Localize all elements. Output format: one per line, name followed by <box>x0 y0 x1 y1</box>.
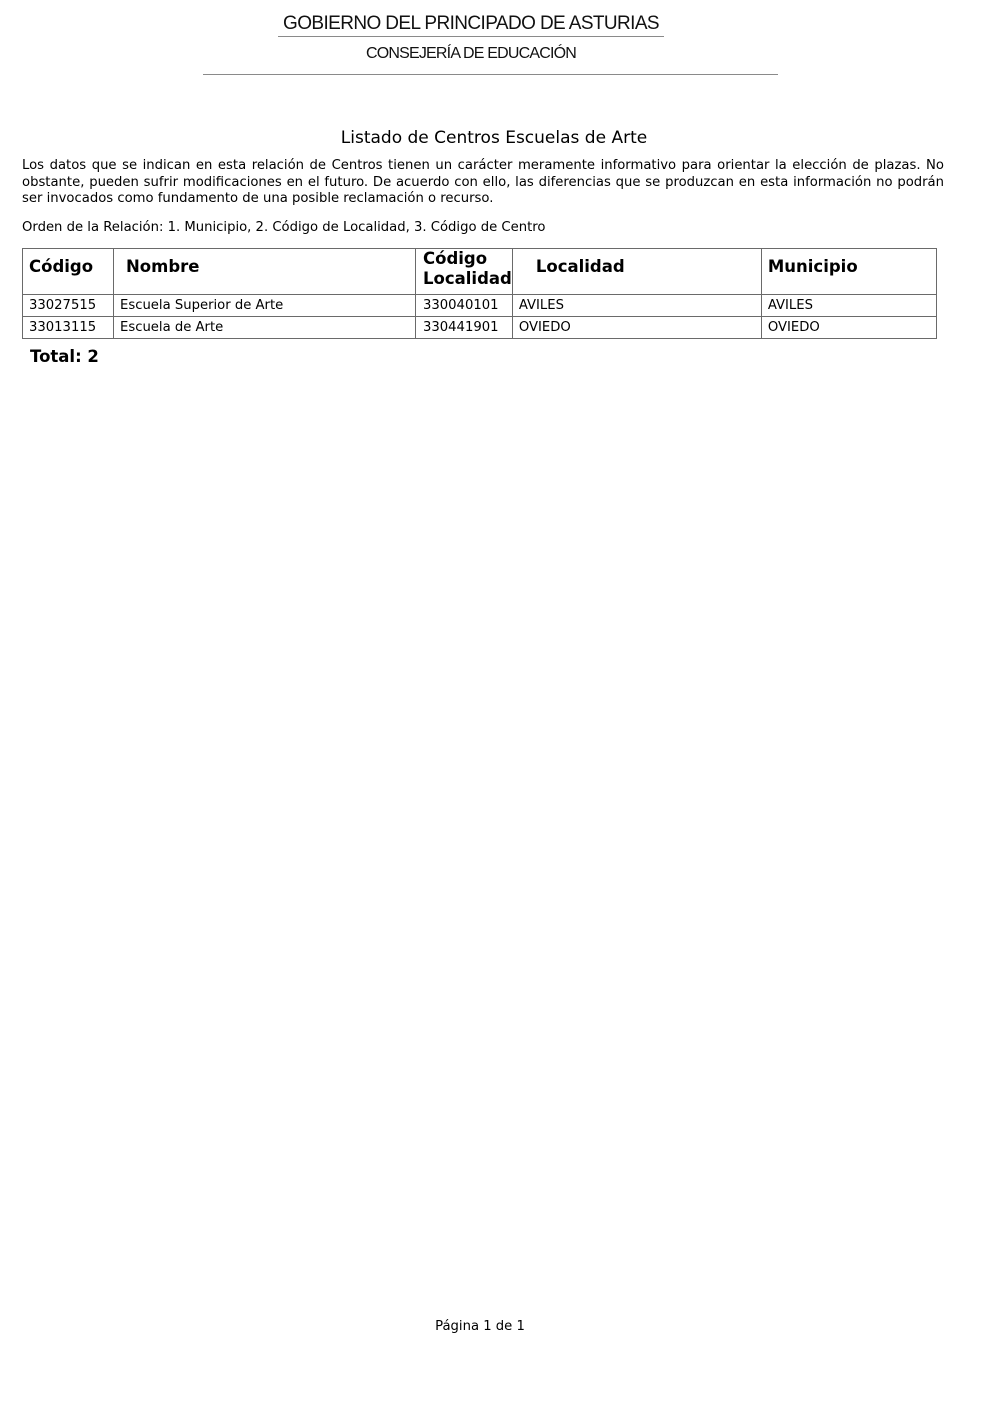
column-header-nombre-label: Nombre <box>120 257 199 276</box>
centers-table: Código Nombre Código Localidad Localidad… <box>22 248 937 339</box>
column-header-municipio: Municipio <box>761 249 936 295</box>
cell-codigo-localidad: 330441901 <box>416 317 513 339</box>
table-header-row: Código Nombre Código Localidad Localidad… <box>23 249 937 295</box>
cell-codigo-localidad: 330040101 <box>416 295 513 317</box>
header-divider <box>278 36 664 37</box>
header-divider <box>203 74 778 75</box>
cell-codigo: 33013115 <box>23 317 114 339</box>
cell-municipio: OVIEDO <box>761 317 936 339</box>
page-number: Página 1 de 1 <box>0 1318 960 1335</box>
cell-municipio: AVILES <box>761 295 936 317</box>
column-header-codigo-localidad-line1: Código <box>423 249 487 268</box>
total-count: Total: 2 <box>30 346 99 368</box>
table-row: 33027515 Escuela Superior de Arte 330040… <box>23 295 937 317</box>
cell-codigo: 33027515 <box>23 295 114 317</box>
cell-localidad: AVILES <box>512 295 761 317</box>
cell-nombre: Escuela de Arte <box>114 317 416 339</box>
cell-nombre: Escuela Superior de Arte <box>114 295 416 317</box>
sort-order-note: Orden de la Relación: 1. Municipio, 2. C… <box>22 219 545 236</box>
table-row: 33013115 Escuela de Arte 330441901 OVIED… <box>23 317 937 339</box>
column-header-codigo: Código <box>23 249 114 295</box>
column-header-codigo-localidad: Código Localidad <box>416 249 513 295</box>
column-header-nombre: Nombre <box>114 249 416 295</box>
column-header-localidad: Localidad <box>512 249 761 295</box>
document-title: Listado de Centros Escuelas de Arte <box>0 127 988 149</box>
column-header-codigo-localidad-line2: Localidad <box>423 269 512 288</box>
intro-paragraph: Los datos que se indican en esta relació… <box>22 158 944 208</box>
department-title: CONSEJERÍA DE EDUCACIÓN <box>278 44 664 64</box>
cell-localidad: OVIEDO <box>512 317 761 339</box>
column-header-localidad-label: Localidad <box>519 257 625 276</box>
government-title: GOBIERNO DEL PRINCIPADO DE ASTURIAS <box>278 13 664 35</box>
